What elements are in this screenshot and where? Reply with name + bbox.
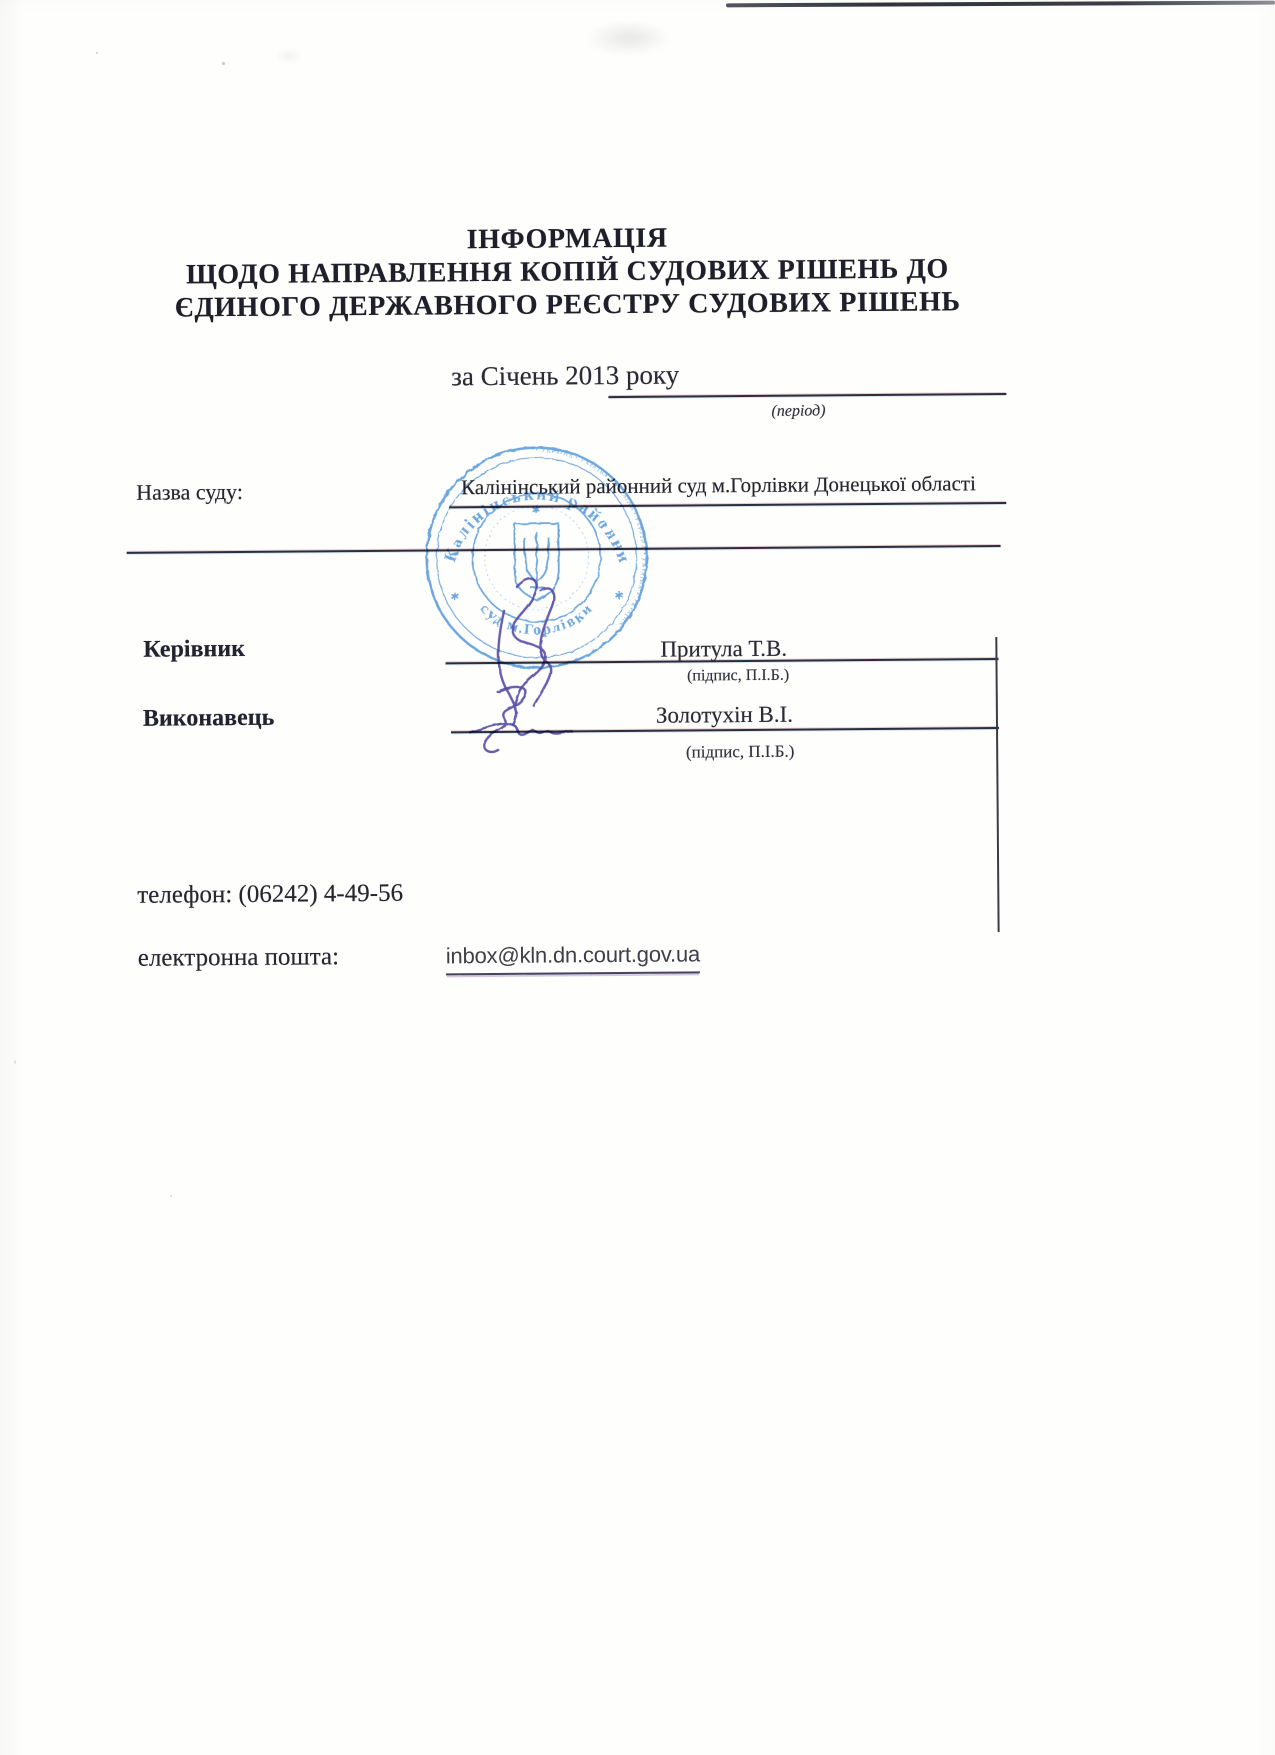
vykonavets-name: Золотухін В.І. [656,702,793,729]
email-label: електронна пошта: [138,943,339,973]
seal-asterisk: ✱ [614,590,623,602]
period-underline [608,393,1006,398]
period-value: за Січень 2013 року [451,360,679,393]
title-line-3: ЄДИНОГО ДЕРЖАВНОГО РЕЄСТРУ СУДОВИХ РІШЕН… [58,284,1078,325]
kerivnyk-name: Притула Т.В. [660,636,787,663]
scanned-document-page: { "document": { "title_lines": [ "ІНФОРМ… [0,0,1275,1755]
court-name-underline [449,502,1006,508]
document-title: ІНФОРМАЦІЯ ЩОДО НАПРАВЛЕННЯ КОПІЙ СУДОВИ… [57,218,1078,325]
kerivnyk-role-label: Керівник [143,636,245,664]
period-caption: (період) [738,402,858,421]
phone-line: телефон: (06242) 4-49-56 [137,880,403,910]
court-name-second-line [127,545,1001,554]
email-value: inbox@kln.dn.court.gov.ua [446,941,700,975]
seal-ring-text-bottom: суд м.Горлівки [477,600,597,639]
form-vertical-line [995,637,999,932]
vykonavets-role-label: Виконавець [143,705,275,733]
scan-smudge [276,48,302,64]
kerivnyk-signature-caption: (підпис, П.І.Б.) [661,666,816,685]
vykonavets-signature-handwriting [470,686,573,752]
court-name-value: Калінінський районний суд м.Горлівки Дон… [461,471,976,500]
seal-inner-microtext-ring [484,505,589,610]
document-content: ІНФОРМАЦІЯ ЩОДО НАПРАВЛЕННЯ КОПІЙ СУДОВИ… [0,0,1275,1755]
court-name-label: Назва суду: [136,479,243,506]
seal-asterisk: ✱ [450,591,459,603]
vykonavets-signature-caption: (підпис, П.І.Б.) [659,741,821,762]
scan-smudge [586,20,672,56]
seal-inner-ring [472,493,601,622]
kerivnyk-signature-handwriting [498,579,555,725]
tryzub-emblem-icon [514,523,559,600]
